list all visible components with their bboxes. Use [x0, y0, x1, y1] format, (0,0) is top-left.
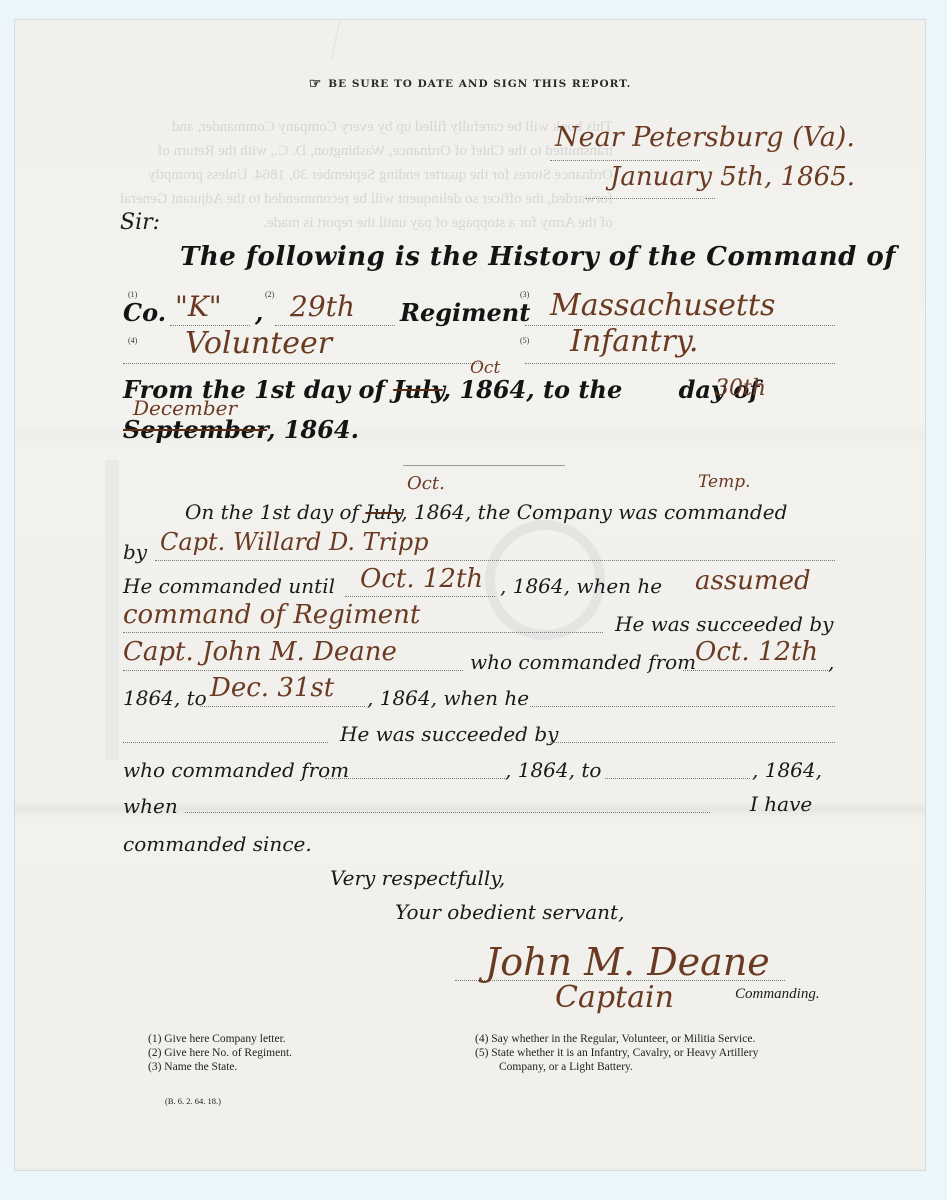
- salutation: Sir:: [120, 210, 160, 235]
- who-from-label: who commanded from: [470, 650, 696, 674]
- until-suffix: , 1864, when he: [500, 574, 662, 598]
- place-value: Near Petersburg (Va).: [555, 122, 855, 153]
- period-from-month-inserted: Oct: [470, 358, 500, 378]
- bleed-through-text: This book will be carefully filled up by…: [120, 115, 613, 235]
- when-label: when: [123, 794, 178, 818]
- reason-cont-line: [123, 632, 603, 633]
- place-line: [550, 160, 700, 161]
- period-from-month-struck: July: [393, 375, 443, 404]
- date-sign-notice: ☞BE SURE TO DATE AND SIGN THIS REPORT.: [15, 76, 925, 92]
- date-line: [585, 198, 715, 199]
- notice-text: BE SURE TO DATE AND SIGN THIS REPORT.: [328, 78, 631, 90]
- bleed-line: transmitted to the Chief of Ordnance, Wa…: [120, 139, 613, 163]
- second-to-value: Dec. 31st: [210, 673, 334, 703]
- until-date-value: Oct. 12th: [360, 564, 483, 594]
- reason-cont-value: command of Regiment: [123, 600, 420, 630]
- period-to-month-struck: September: [123, 415, 267, 444]
- year-to-label: 1864, to: [123, 686, 207, 710]
- blank-line-a: [123, 742, 328, 743]
- service-value: Volunteer: [185, 326, 332, 361]
- footnote-4: (4) Say whether in the Regular, Voluntee…: [475, 1032, 758, 1046]
- closing-servant: Your obedient servant,: [395, 900, 624, 924]
- period-to-day: 30th: [715, 376, 766, 401]
- period-from-year: , 1864, to the: [443, 375, 622, 404]
- first-commander-value: Capt. Willard D. Tripp: [160, 528, 429, 556]
- regiment-label: Regiment: [400, 298, 530, 327]
- when-he-line: [530, 706, 835, 707]
- footnotes-right: (4) Say whether in the Regular, Voluntee…: [475, 1032, 758, 1074]
- signature-rank: Captain: [555, 980, 674, 1015]
- footnote-5-cont: Company, or a Light Battery.: [475, 1060, 758, 1074]
- narrative-line-1: On the 1st day of July, 1864, the Compan…: [185, 500, 787, 524]
- signature: John M. Deane: [485, 940, 770, 984]
- footnote-1: (1) Give here Company letter.: [148, 1032, 292, 1046]
- form-heading: The following is the History of the Comm…: [180, 242, 896, 272]
- year-to-label-2: , 1864, to: [505, 758, 601, 782]
- footnote-2: (2) Give here No. of Regiment.: [148, 1046, 292, 1060]
- commanded-since-label: commanded since.: [123, 832, 312, 856]
- first-commander-line: [155, 560, 835, 561]
- second-from-value: Oct. 12th: [695, 637, 818, 667]
- period-end-line: September, 1864.: [123, 415, 359, 444]
- succeeded-label-2: He was succeeded by: [340, 722, 558, 746]
- marker-5: (5): [520, 336, 529, 345]
- commanding-label: Commanding.: [735, 986, 820, 1003]
- when-he-label: , 1864, when he: [367, 686, 529, 710]
- until-label: He commanded until: [123, 574, 335, 598]
- who-from-label-2: who commanded from: [123, 758, 349, 782]
- marker-3: (3): [520, 290, 529, 299]
- bleed-line: This book will be carefully filled up by…: [120, 115, 613, 139]
- marker-2: (2): [265, 290, 274, 299]
- comma: ,: [828, 650, 834, 674]
- narrative-month-inserted: Oct.: [407, 473, 445, 494]
- footnotes-left: (1) Give here Company letter. (2) Give h…: [148, 1032, 292, 1074]
- document-page: This book will be carefully filled up by…: [15, 20, 925, 1170]
- company-letter-value: "K": [175, 290, 222, 323]
- narrative-temp-inserted: Temp.: [698, 472, 751, 492]
- when-line: [185, 812, 710, 813]
- bleed-line: Ordnance Stores for the quarter ending S…: [120, 163, 613, 187]
- i-have-label: I have: [750, 792, 812, 816]
- reason-value: assumed: [695, 566, 811, 596]
- narrative-suffix: commanded: [664, 500, 787, 524]
- narrative-mid: , 1864, the Company was: [401, 500, 657, 524]
- bleed-line: of the Army for a stoppage of pay until …: [120, 211, 613, 235]
- successor-2-line: [550, 742, 835, 743]
- company-label: Co.: [123, 298, 166, 327]
- service-line: [123, 363, 483, 364]
- narrative-prefix: On the 1st day of: [185, 500, 359, 524]
- paper-fold: [331, 20, 341, 60]
- state-value: Massachusetts: [550, 288, 775, 323]
- pointing-hand-icon: ☞: [309, 76, 323, 92]
- bleed-line: forwarded, the officer so delinquent wil…: [120, 187, 613, 211]
- comma: ,: [255, 298, 263, 327]
- date-value: January 5th, 1865.: [610, 162, 855, 192]
- footnote-3: (3) Name the State.: [148, 1060, 292, 1074]
- second-commander-value: Capt. John M. Deane: [123, 637, 397, 667]
- section-divider: [403, 465, 565, 466]
- arm-line: [525, 363, 835, 364]
- year-end-2: , 1864,: [752, 758, 822, 782]
- narrative-month-struck: July: [365, 500, 401, 524]
- until-date-line: [345, 596, 495, 597]
- succeeded-label: He was succeeded by: [615, 612, 833, 636]
- regiment-number-value: 29th: [290, 290, 355, 323]
- second-from-line: [683, 670, 828, 671]
- form-code: (B. 6. 2. 64. 18.): [165, 1094, 221, 1108]
- from-2-line: [325, 778, 505, 779]
- marker-4: (4): [128, 336, 137, 345]
- to-2-line: [605, 778, 750, 779]
- footnote-5: (5) State whether it is an Infantry, Cav…: [475, 1046, 758, 1060]
- second-commander-line: [123, 670, 463, 671]
- closing-respectfully: Very respectfully,: [330, 866, 505, 890]
- second-to-line: [200, 706, 365, 707]
- by-label: by: [123, 540, 147, 564]
- period-to-year: , 1864.: [267, 415, 359, 444]
- arm-value: Infantry.: [570, 324, 698, 359]
